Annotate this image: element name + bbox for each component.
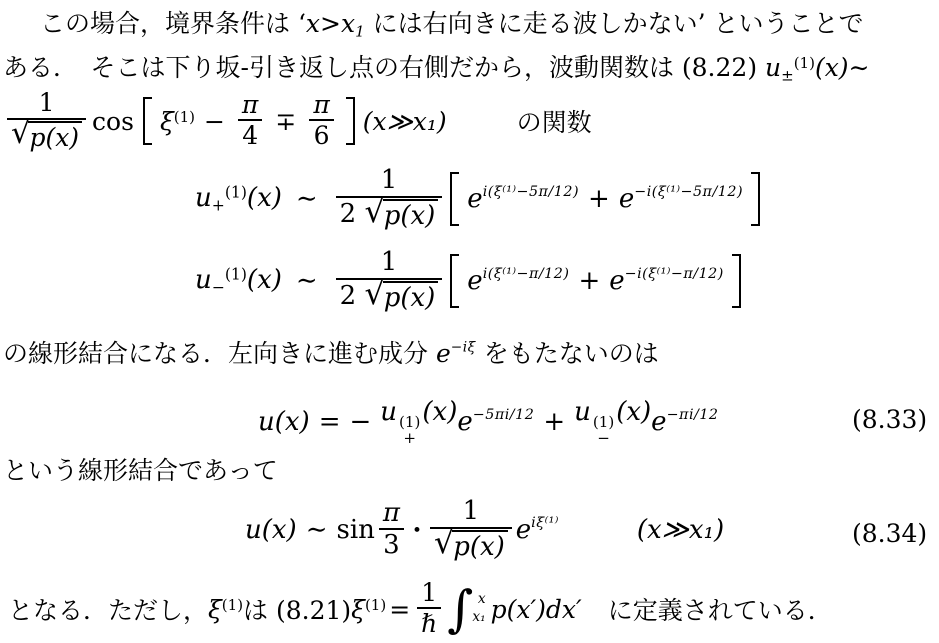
math-variable-u: u — [258, 407, 275, 437]
radical-sign: √ — [364, 281, 384, 308]
exponent: −iξ — [451, 339, 476, 355]
math-argument: (x)∼ — [815, 53, 870, 82]
lhs-u: u(x) — [245, 515, 297, 545]
text-run: の関数 — [517, 103, 592, 139]
minus-plus-sign: ∓ — [275, 107, 296, 136]
math-variable-xi: ξ — [351, 595, 365, 624]
exponential-term: e−i(ξ⁽¹⁾−π/12) — [609, 266, 724, 296]
exponential-term: e−πi/12 — [651, 407, 718, 437]
math-e: e — [609, 266, 624, 296]
square-root: √p(x) — [364, 281, 438, 314]
radicand: p(x) — [28, 121, 82, 153]
subscript-plus: + — [403, 430, 416, 447]
exponent: −πi/12 — [667, 407, 719, 423]
exponent: i(ξ⁽¹⁾−π/12) — [483, 266, 570, 282]
text-run: をもたないのは — [476, 339, 659, 368]
fraction-numerator: π — [309, 91, 333, 120]
paragraph-3: という線形結合であって — [3, 455, 278, 488]
u-minus-term: u(1)−(x) — [574, 397, 651, 447]
right-bracket — [346, 97, 355, 145]
math-variable-xi: ξ — [160, 107, 174, 136]
math-variable-xi: ξ — [208, 595, 222, 624]
fraction-numerator: π — [238, 91, 262, 120]
integral-lower-limit: x₁ — [472, 611, 485, 625]
multiplication-dot: • — [412, 520, 422, 540]
equation-8-33: u(x) = − u(1)+(x) e−5πi/12 + u(1)−(x) e−… — [258, 396, 719, 448]
square-root: √p(x) — [11, 121, 82, 153]
math-e: e — [436, 339, 451, 368]
fraction-denominator: 4 — [238, 119, 262, 151]
script-stack: (1)+ — [399, 414, 420, 447]
math-variable-u: u — [380, 397, 397, 427]
paragraph-4: となる．ただし， ξ(1) は (8.21) ξ(1)= 1 ℏ ∫xx₁ p(… — [8, 580, 833, 638]
superscript-order: (1) — [399, 414, 420, 431]
equation-u-plus: u+(1)(x) ∼ 1 2 √p(x) ei(ξ⁽¹⁾−5π/12) + e−… — [195, 166, 764, 232]
asymptotic-condition: (x≫x₁) — [363, 107, 447, 136]
math-e: e — [457, 407, 472, 437]
math-e: e — [619, 184, 634, 214]
math-e: e — [467, 184, 482, 214]
fraction-1-hbar: 1 ℏ — [417, 579, 441, 639]
equation-8-34: u(x) ∼ sin π 3 • 1 √p(x) eiξ⁽¹⁾ (x≫x₁) — [245, 498, 724, 562]
xi-term: ξ(1) — [160, 107, 195, 136]
math-variable-x1: x — [341, 9, 355, 38]
fraction-denominator: 3 — [379, 528, 404, 561]
equation-number-8-33: (8.33) — [852, 404, 927, 437]
cosine-function: cos — [92, 107, 134, 136]
fraction-denominator: 6 — [309, 119, 333, 151]
radicand: p(x) — [452, 530, 508, 563]
fraction: 1 2 √p(x) — [336, 248, 443, 313]
text-run: の線形結合になる．左向きに進む成分 — [3, 339, 436, 368]
exponent: −5πi/12 — [473, 407, 535, 423]
math-variable-x: x — [306, 9, 320, 38]
exponential-term: ei(ξ⁽¹⁾−5π/12) — [467, 184, 579, 214]
fraction: 1 √p(x) — [430, 497, 512, 562]
math-e: e — [516, 515, 531, 545]
math-variable-u: u — [195, 265, 212, 295]
script-stack: (1)− — [593, 414, 614, 447]
fraction-pi-6: π 6 — [309, 91, 333, 151]
greater-than-sign: > — [320, 9, 341, 38]
math-variable-u: u — [574, 397, 591, 427]
superscript-order: (1) — [225, 266, 247, 284]
radical-sign: √ — [364, 199, 384, 226]
plus-sign: + — [578, 266, 600, 296]
lhs-u: u(x) — [258, 407, 310, 437]
exponential-term: e−i(ξ⁽¹⁾−5π/12) — [619, 184, 743, 214]
left-bracket — [143, 97, 152, 145]
radical-sign: √ — [434, 530, 454, 557]
superscript-order: (1) — [174, 107, 195, 125]
math-variable-u: u — [195, 183, 212, 213]
integral: ∫xx₁ — [447, 588, 488, 631]
fraction-numerator: 1 — [336, 248, 443, 278]
fraction-numerator: 1 — [430, 497, 512, 527]
math-e: e — [651, 407, 666, 437]
fraction-pi-4: π 4 — [238, 91, 262, 151]
right-bracket — [732, 254, 741, 308]
fraction-denominator: √p(x) — [7, 118, 86, 153]
text-run: は (8.21) — [243, 591, 351, 627]
tilde-operator: ∼ — [296, 184, 318, 214]
subscript-plus: + — [212, 197, 225, 215]
xi-term: ξ(1) — [208, 595, 243, 624]
subscript-plus-minus: ± — [781, 67, 794, 85]
subscript-minus: − — [212, 279, 225, 297]
fraction: 1 2 √p(x) — [336, 166, 443, 231]
plus-sign: + — [543, 407, 565, 437]
fraction-denominator: √p(x) — [430, 527, 512, 563]
math-e: e — [467, 266, 482, 296]
exponential-term: e−5πi/12 — [457, 407, 534, 437]
math-variable-u: u — [245, 515, 262, 545]
exponent: iξ⁽¹⁾ — [531, 515, 559, 531]
exponential-term: ei(ξ⁽¹⁾−π/12) — [467, 266, 569, 296]
exponential-term: eiξ⁽¹⁾ — [516, 515, 559, 545]
math-argument: (x) — [275, 407, 310, 437]
lhs-u-plus: u+(1)(x) — [195, 183, 282, 215]
subscript: 1 — [355, 23, 365, 41]
paragraph-2: の線形結合になる．左向きに進む成分 e−iξ をもたないのは — [3, 338, 659, 371]
text-run: ある． そこは下り坂-引き返し点の右側だから，波動関数は (8.22) — [3, 53, 765, 82]
exponent: −i(ξ⁽¹⁾−π/12) — [625, 266, 724, 282]
fraction-numerator: 1 — [7, 89, 86, 118]
fraction: 1 √p(x) — [7, 89, 86, 152]
equation-u-minus: u−(1)(x) ∼ 1 2 √p(x) ei(ξ⁽¹⁾−π/12) + e−i… — [195, 248, 745, 314]
coefficient-2: 2 — [340, 199, 357, 229]
fraction-denominator: 2 √p(x) — [336, 278, 443, 314]
lhs-u-minus: u−(1)(x) — [195, 265, 282, 297]
paragraph-1-line-1: この場合，境界条件は ‘x>x1 には右向きに走る波しかない’ ということで — [40, 8, 863, 42]
exponent: −i(ξ⁽¹⁾−5π/12) — [634, 184, 743, 200]
u-plus-term: u(1)+(x) — [380, 397, 457, 447]
equals-sign: = — [389, 595, 410, 624]
text-run: には右向きに走る波しかない’ ということで — [365, 9, 864, 38]
math-argument: (x) — [262, 515, 297, 545]
left-bracket — [450, 254, 459, 308]
text-run: に定義されている． — [608, 591, 833, 627]
equals-sign: = — [319, 407, 341, 437]
integral-sign: ∫ — [447, 588, 473, 631]
math-argument: (x) — [247, 265, 282, 295]
left-bracket — [450, 172, 459, 226]
fraction-pi-3: π 3 — [379, 499, 404, 561]
xi-definition: ξ(1)= — [351, 595, 413, 624]
asymptotic-condition: (x≫x₁) — [637, 515, 724, 545]
fraction-denominator: ℏ — [417, 607, 441, 639]
paragraph-1-line-2: ある． そこは下り坂-引き返し点の右側だから，波動関数は (8.22) u±(1… — [3, 52, 870, 86]
superscript-order: (1) — [794, 54, 815, 72]
minus-sign: − — [204, 107, 225, 136]
fraction-numerator: 1 — [417, 579, 441, 608]
coefficient-2: 2 — [340, 281, 357, 311]
subscript-minus: − — [597, 430, 610, 447]
integral-limits: xx₁ — [472, 593, 485, 625]
square-root: √p(x) — [434, 530, 508, 563]
superscript-order: (1) — [222, 595, 243, 613]
math-variable-u: u — [765, 53, 781, 82]
plus-sign: + — [588, 184, 610, 214]
fraction-numerator: 1 — [336, 166, 443, 196]
integrand: p(x′)dx′ — [491, 595, 582, 624]
tilde-operator: ∼ — [306, 515, 328, 545]
paragraph-1-line-3: 1 √p(x) cos ξ(1) − π 4 ∓ π 6 (x≫x₁) の関数 — [3, 92, 592, 150]
text-run: この場合，境界条件は ‘ — [40, 9, 306, 38]
text-run: となる．ただし， — [8, 591, 208, 627]
superscript-order: (1) — [225, 184, 247, 202]
sine-function: sin — [337, 515, 375, 545]
equation-number-8-34: (8.34) — [852, 518, 927, 551]
integral-upper-limit: x — [478, 593, 486, 607]
exponent: i(ξ⁽¹⁾−5π/12) — [483, 184, 579, 200]
radicand: p(x) — [383, 199, 439, 232]
radicand: p(x) — [383, 281, 439, 314]
fraction-numerator: π — [379, 499, 404, 529]
document-page: この場合，境界条件は ‘x>x1 には右向きに走る波しかない’ ということで あ… — [0, 0, 939, 643]
math-argument: (x) — [422, 397, 457, 427]
square-root: √p(x) — [364, 199, 438, 232]
fraction-denominator: 2 √p(x) — [336, 196, 443, 232]
negative-sign: − — [350, 407, 372, 437]
math-argument: (x) — [247, 183, 282, 213]
math-argument: (x) — [616, 397, 651, 427]
tilde-operator: ∼ — [296, 266, 318, 296]
superscript-order: (1) — [593, 414, 614, 431]
superscript-order: (1) — [365, 595, 386, 613]
right-bracket — [751, 172, 760, 226]
